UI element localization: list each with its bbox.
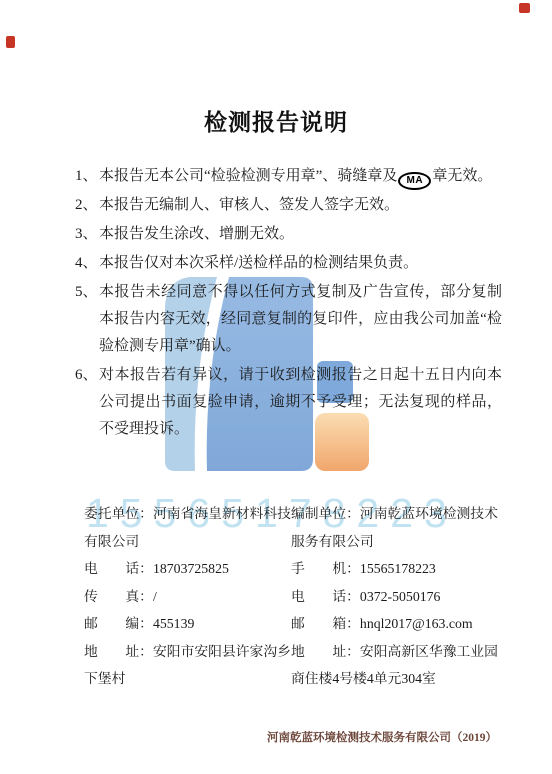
notes-list: 1、 本报告无本公司“检验检测专用章”、骑缝章及MA章无效。 2、 本报告无编制… <box>75 163 502 443</box>
contact-line: 电 话：18703725825 <box>84 555 291 583</box>
contact-line: 传 真：/ <box>84 583 291 611</box>
footer-company-stamp: 河南乾蓝环境检测技术服务有限公司（2019） <box>267 729 497 745</box>
contact-line: 下堡村 <box>84 665 291 693</box>
note-text: 对本报告若有异议，请于收到检测报告之日起十五日内向本公司提出书面复验申请，逾期不… <box>99 362 502 443</box>
note-number: 5、 <box>75 279 99 360</box>
contact-line: 有限公司 <box>84 528 291 556</box>
contact-line: 电 话：0372-5050176 <box>291 583 507 611</box>
contact-line: 邮 编：455139 <box>84 610 291 638</box>
red-scan-mark-top-right <box>519 3 530 13</box>
note-1-pre: 本报告无本公司“检验检测专用章”、骑缝章及 <box>99 168 397 184</box>
contact-line: 商住楼4号楼4单元304室 <box>291 665 507 693</box>
contact-line: 手 机：15565178223 <box>291 555 507 583</box>
note-item-3: 3、 本报告发生涂改、增删无效。 <box>75 221 502 248</box>
page-title: 检测报告说明 <box>0 104 552 137</box>
contact-info-section: 委托单位：河南省海皇新材料科技有限公司电 话：18703725825传 真：/邮… <box>84 500 507 693</box>
contact-line: 服务有限公司 <box>291 528 507 556</box>
contact-line: 委托单位：河南省海皇新材料科技 <box>84 500 291 528</box>
note-item-6: 6、 对本报告若有异议，请于收到检测报告之日起十五日内向本公司提出书面复验申请，… <box>75 362 502 443</box>
note-item-1: 1、 本报告无本公司“检验检测专用章”、骑缝章及MA章无效。 <box>75 163 502 190</box>
cma-seal-icon: MA <box>398 172 431 190</box>
note-1-post: 章无效。 <box>432 168 492 184</box>
note-item-5: 5、 本报告未经同意不得以任何方式复制及广告宣传，部分复制本报告内容无效，经同意… <box>75 279 502 360</box>
note-text: 本报告发生涂改、增删无效。 <box>99 221 502 248</box>
note-number: 3、 <box>75 221 99 248</box>
note-number: 4、 <box>75 250 99 277</box>
note-item-4: 4、 本报告仅对本次采样/送检样品的检测结果负责。 <box>75 250 502 277</box>
contact-line: 邮 箱：hnql2017@163.com <box>291 610 507 638</box>
note-number: 6、 <box>75 362 99 443</box>
contact-line: 地 址：安阳市安阳县许家沟乡 <box>84 638 291 666</box>
report-notes-page: 检测报告说明 1、 本报告无本公司“检验检测专用章”、骑缝章及MA章无效。 2、… <box>0 104 552 693</box>
contact-col-left: 委托单位：河南省海皇新材料科技有限公司电 话：18703725825传 真：/邮… <box>84 500 291 693</box>
contact-line: 地 址：安阳高新区华豫工业园 <box>291 638 507 666</box>
note-number: 2、 <box>75 192 99 219</box>
red-scan-mark-top-left <box>6 36 15 48</box>
contact-col-right: 编制单位：河南乾蓝环境检测技术服务有限公司手 机：15565178223电 话：… <box>291 500 507 693</box>
note-text: 本报告未经同意不得以任何方式复制及广告宣传，部分复制本报告内容无效，经同意复制的… <box>99 279 502 360</box>
contact-line: 编制单位：河南乾蓝环境检测技术 <box>291 500 507 528</box>
note-number: 1、 <box>75 163 99 190</box>
note-text: 本报告无本公司“检验检测专用章”、骑缝章及MA章无效。 <box>99 163 502 190</box>
note-text: 本报告无编制人、审核人、签发人签字无效。 <box>99 192 502 219</box>
note-text: 本报告仅对本次采样/送检样品的检测结果负责。 <box>99 250 502 277</box>
note-item-2: 2、 本报告无编制人、审核人、签发人签字无效。 <box>75 192 502 219</box>
